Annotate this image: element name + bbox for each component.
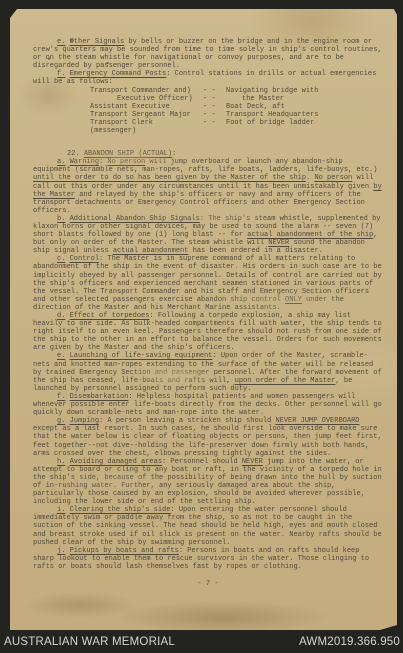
command-post-location: Transport Headquarters — [226, 111, 383, 119]
command-post-row: Assistant Executive - - Boat Deck, aft — [90, 103, 383, 111]
archive-reference: AWM2019.366.950 — [299, 636, 400, 648]
dash-separator: - - — [203, 103, 226, 111]
command-post-row: Transport Clerk (messenger) - - Foot of … — [90, 119, 383, 135]
archive-name: AUSTRALIAN WAR MEMORIAL — [4, 636, 175, 648]
dash-separator: - - — [203, 87, 226, 95]
command-post-location: Foot of bridge ladder — [226, 119, 383, 135]
paragraph: d. Effect of torpedoes: Following a torp… — [33, 312, 383, 352]
command-post-location: Boat Deck, aft — [226, 103, 383, 111]
scanned-page-view: e. Other Signals by bells or buzzer on t… — [0, 0, 403, 653]
document-page: e. Other Signals by bells or buzzer on t… — [10, 9, 397, 630]
command-post-station: Transport Sergeant Major — [90, 111, 203, 119]
paragraph: g. Jumping: A person leaving a stricken … — [33, 417, 383, 457]
paragraph: j. Pickups by boats and rafts: Persons i… — [33, 547, 383, 571]
dash-separator: - - — [203, 119, 226, 135]
paragraph: e. Other Signals by bells or buzzer on t… — [33, 38, 383, 70]
command-post-station: Transport Clerk (messenger) — [90, 119, 203, 135]
paragraph: c. Control: The Master is in supreme com… — [33, 255, 383, 312]
dash-separator: - - — [203, 95, 226, 103]
command-post-row: Executive Officer) - - the Master — [90, 95, 383, 103]
paragraph: i. Clearing the ship's side: Upon enteri… — [33, 506, 383, 546]
command-post-station: Transport Commander and) — [90, 87, 203, 95]
paragraph: b. Additional Abandon Ship Signals: The … — [33, 215, 383, 255]
section-heading: 22. ABANDON SHIP (ACTUAL): — [33, 150, 383, 158]
paragraph: e. Launching of life-saving equipment: U… — [33, 352, 383, 392]
dash-separator: - - — [203, 111, 226, 119]
page-number: - 7 - — [33, 580, 383, 588]
command-post-row: Transport Commander and) - - Navigating … — [90, 87, 383, 95]
command-post-row: Transport Sergeant Major - - Transport H… — [90, 111, 383, 119]
paragraph: f. Disembarkation: Helpless hospital pat… — [33, 393, 383, 417]
paragraph: f. Emergency Command Posts: Control stat… — [33, 70, 383, 86]
command-post-location: the Master — [226, 95, 383, 103]
command-post-station: Executive Officer) — [90, 95, 203, 103]
command-post-location: Navigating bridge with — [226, 87, 383, 95]
command-posts-table: Transport Commander and) - - Navigating … — [33, 87, 383, 136]
paragraph: a. Warning: No person will jump overboar… — [33, 158, 383, 215]
command-post-station: Assistant Executive — [90, 103, 203, 111]
paragraph: h. Avoiding damaged areas: Personnel sho… — [33, 458, 383, 507]
document-body: e. Other Signals by bells or buzzer on t… — [33, 38, 383, 588]
archive-footer: AUSTRALIAN WAR MEMORIAL AWM2019.366.950 — [0, 630, 403, 653]
